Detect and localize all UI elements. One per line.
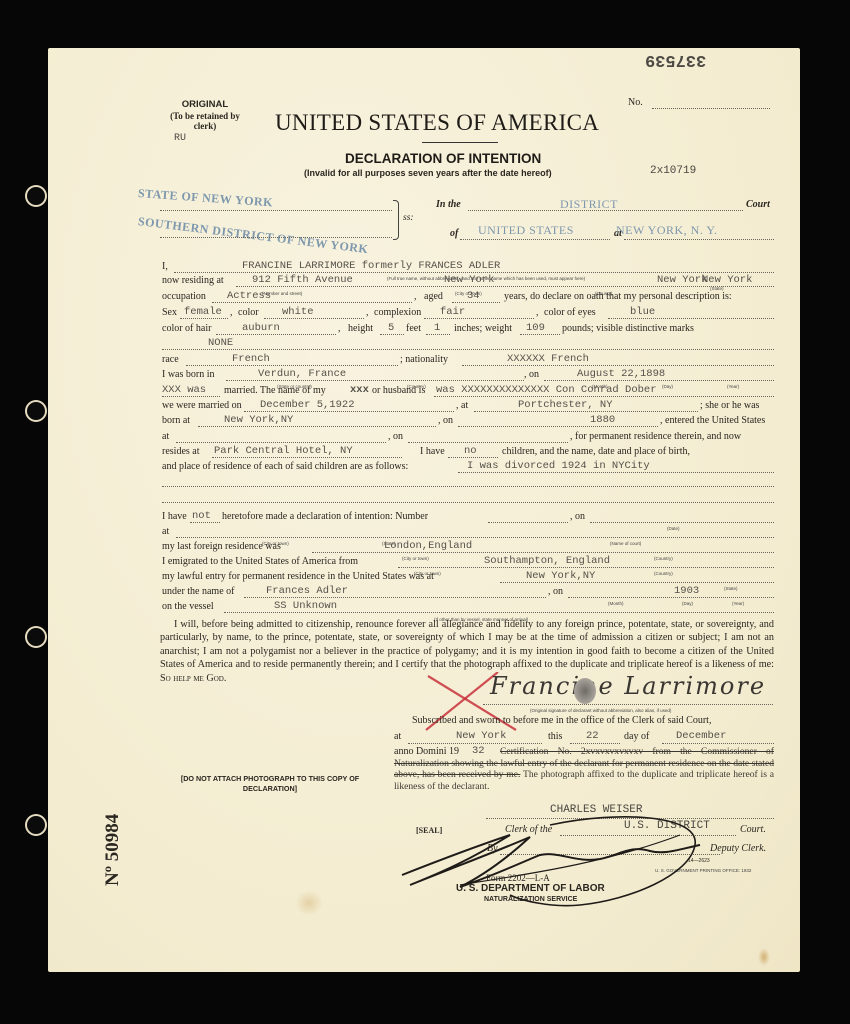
nationality: XXXXXX French <box>507 351 589 367</box>
paper-stain <box>295 890 323 916</box>
oath-text: I will, before being admitted to citizen… <box>160 619 774 670</box>
number-field <box>652 108 770 109</box>
residing-label: now residing at <box>162 273 224 289</box>
children-residence-label: and place of residence of each of said c… <box>162 459 408 475</box>
race: French <box>232 351 270 367</box>
children-count: no <box>464 443 477 459</box>
file-number: 2x10719 <box>650 165 696 177</box>
binder-hole <box>27 816 45 834</box>
blank-line <box>162 502 774 503</box>
vessel-row: on the vessel SS Unknown (If other than … <box>162 599 774 615</box>
eyes-label: color of eyes <box>544 305 596 321</box>
resides-label: resides at <box>162 444 200 460</box>
vessel: SS Unknown <box>274 598 337 614</box>
department: U. S. DEPARTMENT OF LABOR <box>456 883 605 894</box>
entered-label: , entered the United States <box>660 413 765 429</box>
birth-date: August 22,1898 <box>577 366 665 382</box>
district-line <box>160 237 392 238</box>
weight: 109 <box>526 320 545 336</box>
retained-note: (To be retained by clerk) <box>160 111 250 131</box>
service: NATURALIZATION SERVICE <box>484 896 577 903</box>
sex: female <box>184 304 222 320</box>
title-rule <box>422 142 498 143</box>
race-row: race French ; nationality XXXXXX French <box>162 352 774 368</box>
entry-name-label: under the name of <box>162 584 234 600</box>
complexion-label: complexion <box>374 305 421 321</box>
certification-text: Certification No. 2xvxvxvxvxvxv from the… <box>394 746 774 792</box>
court-of-line <box>460 239 610 240</box>
court-label: Court. <box>740 824 766 835</box>
signature-line <box>483 704 773 705</box>
nationality-label: ; nationality <box>400 352 448 368</box>
oath-text: years, do declare on oath that my person… <box>504 289 732 305</box>
complexion: fair <box>440 304 465 320</box>
thumbprint <box>574 678 596 704</box>
serial-number: Nº 50984 <box>102 776 124 886</box>
spouse-name: was XXXXXXXXXXXXXX Con Conrad Dober <box>436 382 657 398</box>
court-label: Court <box>746 199 770 210</box>
color: white <box>282 304 314 320</box>
color-label: color <box>238 305 259 321</box>
entry-name: Frances Adler <box>266 583 348 599</box>
last-residence-row: my last foreign residence was London,Eng… <box>162 539 774 555</box>
binder-hole <box>27 187 45 205</box>
married-at-label: , at <box>456 398 468 414</box>
binder-hole <box>27 402 45 420</box>
entry-on-label: , on <box>388 429 403 445</box>
jurat-at-label: at <box>394 731 401 742</box>
binder-hole <box>27 628 45 646</box>
form-number: Form 2202—L-A <box>486 873 550 883</box>
original-label: ORIGINAL <box>165 99 245 110</box>
blank-line <box>162 486 774 487</box>
inches-label: inches; weight <box>454 321 512 337</box>
spouse-born-label: born at <box>162 413 190 429</box>
entry-at-label: at <box>162 429 169 445</box>
paper-stain <box>758 948 770 966</box>
children-row: and place of residence of each of said c… <box>162 459 774 475</box>
sex-row: Sex female , color white , complexion fa… <box>162 305 774 321</box>
born-on-label: , on <box>524 367 539 383</box>
country-title: UNITED STATES OF AMERICA <box>275 110 599 136</box>
signature-hint: (Original signature of declarant without… <box>530 708 671 713</box>
oath-closing: So help me God. <box>160 673 226 684</box>
entry-on-label: , on <box>548 584 563 600</box>
height-inches: 1 <box>434 320 440 336</box>
marital-row: XXX was married. The name of my xxx or h… <box>162 383 774 399</box>
husband-label: or husband is <box>372 383 425 399</box>
of-label: of <box>450 228 458 239</box>
prior-decl-row: I have not heretofore made a declaration… <box>162 509 774 525</box>
permanent-label: , for permanent residence therein, and n… <box>570 429 741 445</box>
prior-have-label: I have <box>162 509 187 525</box>
prior-on-label: , on <box>570 509 585 525</box>
residence-row: now residing at 912 Fifth Avenue New Yor… <box>162 273 774 289</box>
entry-name-row: under the name of Frances Adler , on 190… <box>162 584 774 600</box>
court-of: UNITED STATES <box>478 223 574 238</box>
in-the-label: In the <box>436 199 461 210</box>
declarant-signature: Francine Larrimore <box>490 672 766 700</box>
pounds-label: pounds; visible distinctive marks <box>562 321 694 337</box>
form-title: DECLARATION OF INTENTION <box>345 151 541 166</box>
this-label: this <box>548 731 562 742</box>
day-of-label: day of <box>624 731 649 742</box>
married-date: December 5,1922 <box>260 397 355 413</box>
sex-label: Sex <box>162 305 177 321</box>
last-residence-label: my last foreign residence was <box>162 539 281 555</box>
race-label: race <box>162 352 179 368</box>
marks-row: NONE <box>162 336 774 352</box>
subscribed-text: Subscribed and sworn to before me in the… <box>412 715 711 726</box>
aged-label: aged <box>424 289 443 305</box>
children-note: I was divorced 1924 in NYCity <box>467 458 650 474</box>
spouse-born-row: born at New York,NY , on 1880 , entered … <box>162 413 774 429</box>
jurat-month: December <box>676 730 726 742</box>
resides-at: Park Central Hotel, NY <box>214 443 353 459</box>
spouse-struck: xxx <box>350 382 369 398</box>
spouse-birth-year: 1880 <box>590 412 615 428</box>
ss-label: ss: <box>403 213 414 223</box>
hair-row: color of hair auburn , height 5 feet 1 i… <box>162 321 774 337</box>
court-at-line <box>624 239 774 240</box>
have-label: I have <box>420 444 445 460</box>
county: New York <box>657 272 707 288</box>
feet-label: feet <box>406 321 421 337</box>
number-label: No. <box>628 97 643 108</box>
emigrated-label: I emigrated to the United States of Amer… <box>162 554 358 570</box>
height-label: height <box>348 321 373 337</box>
spouse-born-on-label: , on <box>438 413 453 429</box>
serial-stamp-top: 337539 <box>645 50 706 69</box>
birth-row: I was born in Verdun, France (State or c… <box>162 367 774 383</box>
married-place: Portchester, NY <box>518 397 613 413</box>
spouse-birthplace: New York,NY <box>224 412 293 428</box>
jurat-day: 22 <box>586 730 599 742</box>
form-subtitle: (Invalid for all purposes seven years af… <box>304 168 552 178</box>
court-type: DISTRICT <box>560 197 618 212</box>
entry-place: New York,NY <box>526 568 595 584</box>
hair-label: color of hair <box>162 321 211 337</box>
brace <box>393 200 399 240</box>
court-at: NEW YORK, N. Y. <box>616 223 718 238</box>
emigrated-from: Southampton, England <box>484 553 610 569</box>
height-feet: 5 <box>388 320 394 336</box>
clerk-initials: RU <box>174 133 186 144</box>
age: 34 <box>467 288 480 304</box>
occupation-row: occupation Actress , aged 34 years, do d… <box>162 289 774 305</box>
prior-at-label: at <box>162 524 169 540</box>
born-in-label: I was born in <box>162 367 215 383</box>
prior-declaration: not <box>192 508 211 524</box>
heretofore-label: heretofore made a declaration of intenti… <box>222 509 428 525</box>
jurat-date-row: at New York this 22 day of December <box>394 731 774 745</box>
distinctive-marks: NONE <box>208 335 233 351</box>
eyes: blue <box>630 304 655 320</box>
emigrated-row: I emigrated to the United States of Amer… <box>162 554 774 570</box>
hair: auburn <box>242 320 280 336</box>
she-he-label: ; she or he was <box>700 398 759 414</box>
occupation-label: occupation <box>162 289 206 305</box>
state-line <box>160 210 392 211</box>
photo-note: [DO NOT ATTACH PHOTOGRAPH TO THIS COPY O… <box>180 774 360 794</box>
vessel-label: on the vessel <box>162 599 214 615</box>
occupation: Actress <box>227 288 271 304</box>
jurat-place: New York <box>456 730 506 742</box>
